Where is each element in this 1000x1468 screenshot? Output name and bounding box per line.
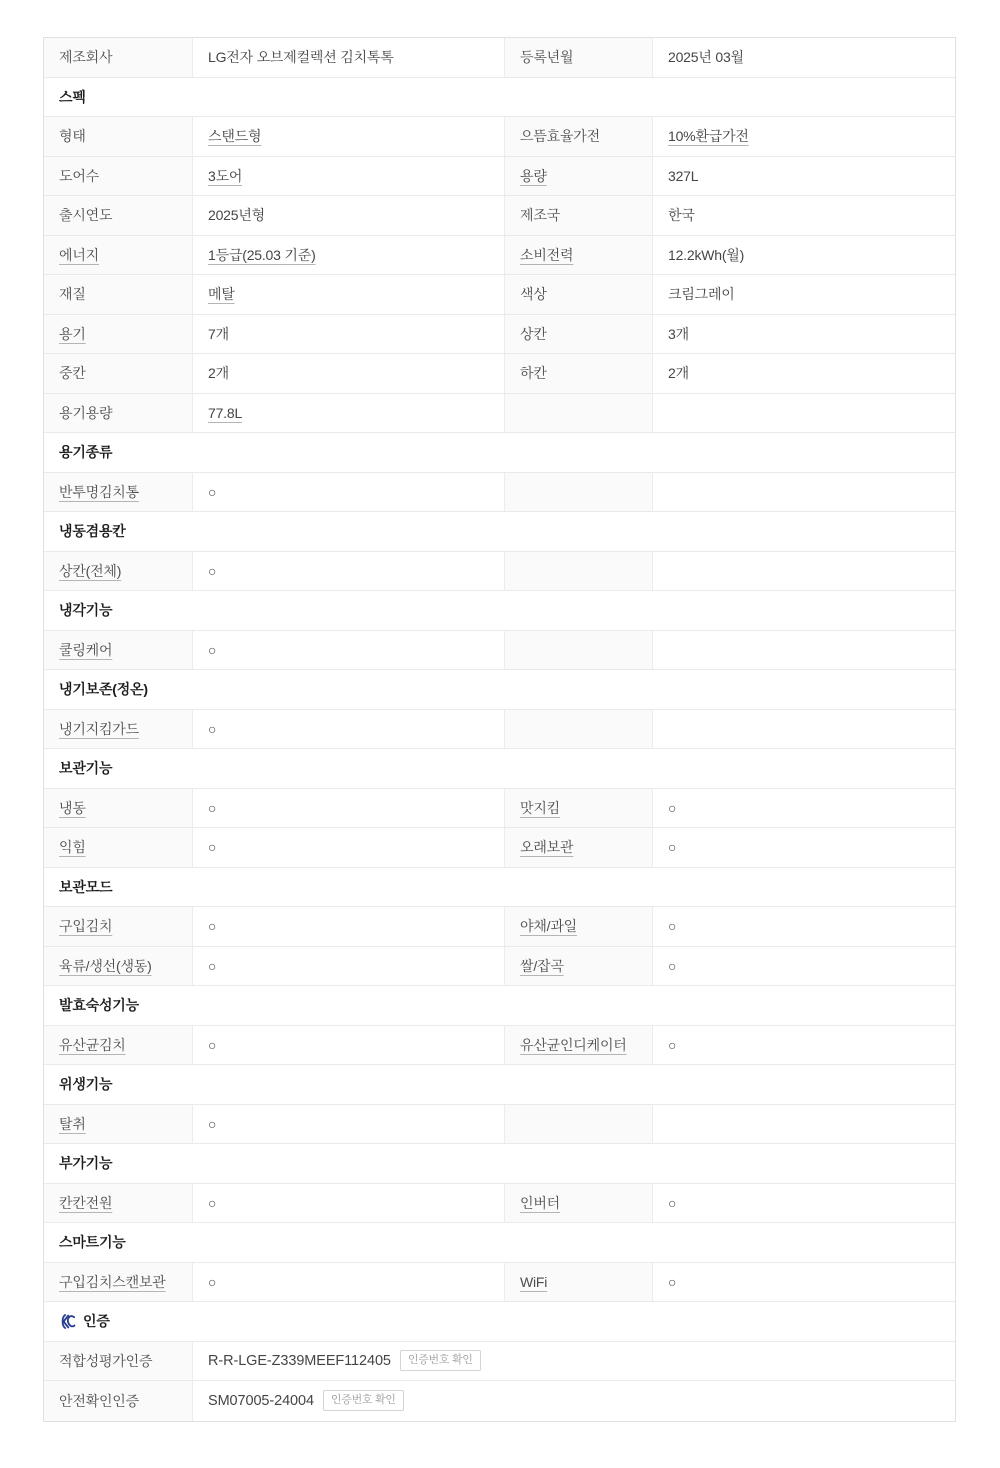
spec-label-cell: 육류/생선(생동): [44, 947, 193, 986]
spec-row: 중칸 2개 하칸 2개: [44, 354, 955, 394]
feature-supported-mark: ○: [208, 800, 216, 816]
certification-row: 안전확인인증 SM07005-24004 인증번호 확인: [44, 1381, 955, 1421]
section-header-row: 보관기능: [44, 749, 955, 789]
spec-label: 재질: [59, 284, 86, 304]
spec-label: 제조국: [520, 205, 560, 225]
spec-term-link[interactable]: 10%환급가전: [668, 126, 749, 146]
feature-supported-mark: ○: [208, 642, 216, 658]
spec-value-cell: ○: [193, 789, 505, 828]
spec-label-cell: 냉기지킴가드: [44, 710, 193, 749]
certification-value-cell: R-R-LGE-Z339MEEF112405 인증번호 확인: [193, 1342, 955, 1381]
spec-term-link[interactable]: 스탠드형: [208, 126, 261, 146]
spec-term-link[interactable]: 3도어: [208, 166, 242, 186]
spec-value-cell: ○: [193, 1184, 505, 1223]
spec-label-cell: 유산균김치: [44, 1026, 193, 1065]
spec-label-cell: 중칸: [44, 354, 193, 393]
feature-supported-mark: ○: [208, 721, 216, 737]
spec-value-cell: ○: [193, 907, 505, 946]
spec-term-link[interactable]: 야채/과일: [520, 916, 577, 936]
spec-value: 12.2kWh(월): [668, 245, 744, 265]
spec-row: 쿨링케어 ○: [44, 631, 955, 671]
spec-term-link[interactable]: 유산균인디케이터: [520, 1035, 627, 1055]
feature-supported-mark: ○: [668, 839, 676, 855]
spec-label: 등록년월: [520, 47, 573, 67]
feature-supported-mark: ○: [208, 958, 216, 974]
spec-term-link[interactable]: 메탈: [208, 284, 235, 304]
section-title: 냉기보존(정온): [59, 679, 148, 699]
spec-row: 용기 7개 상칸 3개: [44, 315, 955, 355]
spec-value-cell: ○: [653, 1263, 955, 1302]
spec-value-cell: 2025년 03월: [653, 38, 955, 77]
spec-label-cell: 용기용량: [44, 394, 193, 433]
spec-row: 반투명김치통 ○: [44, 473, 955, 513]
spec-label-cell: 쿨링케어: [44, 631, 193, 670]
spec-value-cell: 77.8L: [193, 394, 505, 433]
spec-term-link[interactable]: 냉기지킴가드: [59, 719, 139, 739]
spec-value-cell: ○: [653, 907, 955, 946]
spec-term-link[interactable]: 인버터: [520, 1193, 560, 1213]
spec-row: 육류/생선(생동) ○ 쌀/잡곡 ○: [44, 947, 955, 987]
spec-label-cell: 소비전력: [505, 236, 653, 275]
spec-term-link[interactable]: 1등급(25.03 기준): [208, 245, 316, 265]
spec-value: 3개: [668, 324, 689, 344]
certification-label: 안전확인인증: [59, 1391, 139, 1411]
section-header-row: 위생기능: [44, 1065, 955, 1105]
spec-value-cell: 10%환급가전: [653, 117, 955, 156]
spec-label-cell: 재질: [44, 275, 193, 314]
product-spec-page: 제조회사 LG전자 오브제컬렉션 김치톡톡 등록년월 2025년 03월 스펙 …: [0, 0, 1000, 1468]
spec-label-cell: 제조국: [505, 196, 653, 235]
spec-value: 크림그레이: [668, 284, 735, 304]
section-title: 보관기능: [59, 758, 112, 778]
spec-term-link[interactable]: 에너지: [59, 245, 99, 265]
spec-value: 한국: [668, 205, 695, 225]
spec-term-link[interactable]: 익힘: [59, 837, 86, 857]
spec-row: 구입김치 ○ 야채/과일 ○: [44, 907, 955, 947]
verify-certification-number-button[interactable]: 인증번호 확인: [400, 1350, 481, 1371]
spec-row: 칸칸전원 ○ 인버터 ○: [44, 1184, 955, 1224]
spec-label-cell: 용량: [505, 157, 653, 196]
spec-label-cell: 유산균인디케이터: [505, 1026, 653, 1065]
section-title: 냉동겸용칸: [59, 521, 126, 541]
verify-certification-number-button[interactable]: 인증번호 확인: [323, 1390, 404, 1411]
spec-label: 도어수: [59, 166, 99, 186]
spec-term-link[interactable]: 소비전력: [520, 245, 573, 265]
spec-row: 구입김치스캔보관 ○ WiFi ○: [44, 1263, 955, 1303]
spec-term-link[interactable]: 상칸(전체): [59, 561, 121, 581]
spec-label-cell: 냉동: [44, 789, 193, 828]
feature-supported-mark: ○: [208, 1116, 216, 1132]
spec-term-link[interactable]: 탈취: [59, 1114, 86, 1134]
spec-label-cell: 인버터: [505, 1184, 653, 1223]
spec-value-cell: ○: [653, 1026, 955, 1065]
spec-label: 형태: [59, 126, 86, 146]
spec-term-link[interactable]: 반투명김치통: [59, 482, 139, 502]
certification-label-cell: 적합성평가인증: [44, 1342, 193, 1381]
spec-term-link[interactable]: 칸칸전원: [59, 1193, 112, 1213]
spec-value-cell: 2개: [653, 354, 955, 393]
spec-row: 익힘 ○ 오래보관 ○: [44, 828, 955, 868]
spec-term-link[interactable]: 냉동: [59, 798, 86, 818]
spec-term-link[interactable]: WiFi: [520, 1274, 547, 1290]
feature-supported-mark: ○: [208, 1274, 216, 1290]
spec-label-cell: 구입김치스캔보관: [44, 1263, 193, 1302]
section-title: 위생기능: [59, 1074, 112, 1094]
spec-term-link[interactable]: 용량: [520, 166, 547, 186]
spec-value-cell: ○: [653, 789, 955, 828]
spec-value: 2개: [668, 363, 689, 383]
spec-term-link[interactable]: 쿨링케어: [59, 640, 112, 660]
feature-supported-mark: ○: [668, 918, 676, 934]
spec-label-cell: 용기: [44, 315, 193, 354]
spec-term-link[interactable]: 쌀/잡곡: [520, 956, 564, 976]
spec-value-cell: [653, 710, 955, 749]
spec-label-cell: [505, 631, 653, 670]
spec-value: LG전자 오브제컬렉션 김치톡톡: [208, 47, 394, 67]
spec-value-cell: ○: [193, 1026, 505, 1065]
spec-label-cell: 탈취: [44, 1105, 193, 1144]
spec-value-cell: 2025년형: [193, 196, 505, 235]
spec-label-cell: 제조회사: [44, 38, 193, 77]
product-spec-table: 제조회사 LG전자 오브제컬렉션 김치톡톡 등록년월 2025년 03월 스펙 …: [43, 37, 956, 1422]
spec-value-cell: 3개: [653, 315, 955, 354]
certification-label-cell: 안전확인인증: [44, 1381, 193, 1421]
section-header-row: 냉기보존(정온): [44, 670, 955, 710]
spec-label-cell: 출시연도: [44, 196, 193, 235]
spec-value: 2025년형: [208, 205, 265, 225]
spec-row: 유산균김치 ○ 유산균인디케이터 ○: [44, 1026, 955, 1066]
certification-number: R-R-LGE-Z339MEEF112405: [208, 1353, 391, 1369]
spec-label-cell: 칸칸전원: [44, 1184, 193, 1223]
spec-value-cell: 한국: [653, 196, 955, 235]
section-title: 인증: [83, 1311, 110, 1331]
section-header-row: 냉각기능: [44, 591, 955, 631]
spec-label: 중칸: [59, 363, 86, 383]
spec-value-cell: [653, 552, 955, 591]
spec-label-cell: 구입김치: [44, 907, 193, 946]
spec-term-link[interactable]: 육류/생선(생동): [59, 956, 152, 976]
spec-term-link[interactable]: 용기: [59, 324, 86, 344]
spec-label: 으뜸효율가전: [520, 126, 600, 146]
feature-supported-mark: ○: [208, 484, 216, 500]
section-header-row: 용기종류: [44, 433, 955, 473]
spec-value: 2025년 03월: [668, 47, 744, 67]
spec-value-cell: ○: [193, 710, 505, 749]
feature-supported-mark: ○: [208, 563, 216, 579]
spec-value: 7개: [208, 324, 229, 344]
section-header-row: 인증: [44, 1302, 955, 1342]
section-header-row: 스마트기능: [44, 1223, 955, 1263]
spec-label-cell: 야채/과일: [505, 907, 653, 946]
spec-row: 도어수 3도어 용량 327L: [44, 157, 955, 197]
spec-value-cell: 2개: [193, 354, 505, 393]
spec-value-cell: ○: [193, 947, 505, 986]
spec-label: 상칸: [520, 324, 547, 344]
spec-value-cell: 크림그레이: [653, 275, 955, 314]
spec-row: 제조회사 LG전자 오브제컬렉션 김치톡톡 등록년월 2025년 03월: [44, 38, 955, 78]
spec-value-cell: ○: [653, 1184, 955, 1223]
feature-supported-mark: ○: [668, 800, 676, 816]
certification-row: 적합성평가인증 R-R-LGE-Z339MEEF112405 인증번호 확인: [44, 1342, 955, 1382]
spec-row: 상칸(전체) ○: [44, 552, 955, 592]
feature-supported-mark: ○: [668, 1037, 676, 1053]
spec-label: 용기용량: [59, 403, 112, 423]
spec-term-link[interactable]: 구입김치: [59, 916, 112, 936]
kc-certification-icon: [59, 1313, 76, 1330]
spec-label: 제조회사: [59, 47, 112, 67]
section-title: 스펙: [59, 87, 86, 107]
spec-value-cell: ○: [193, 552, 505, 591]
spec-label-cell: 반투명김치통: [44, 473, 193, 512]
section-title: 용기종류: [59, 442, 112, 462]
spec-value: 2개: [208, 363, 229, 383]
spec-label-cell: 오래보관: [505, 828, 653, 867]
spec-label-cell: [505, 394, 653, 433]
spec-term-link[interactable]: 구입김치스캔보관: [59, 1272, 166, 1292]
spec-value-cell: 7개: [193, 315, 505, 354]
spec-label-cell: 상칸(전체): [44, 552, 193, 591]
spec-term-link[interactable]: 맛지킴: [520, 798, 560, 818]
spec-label: 하칸: [520, 363, 547, 383]
section-title: 스마트기능: [59, 1232, 126, 1252]
spec-label: 색상: [520, 284, 547, 304]
certification-number: SM07005-24004: [208, 1393, 314, 1409]
spec-label: 출시연도: [59, 205, 112, 225]
spec-row: 에너지 1등급(25.03 기준) 소비전력 12.2kWh(월): [44, 236, 955, 276]
spec-label-cell: [505, 1105, 653, 1144]
spec-label-cell: WiFi: [505, 1263, 653, 1302]
feature-supported-mark: ○: [208, 918, 216, 934]
spec-label-cell: [505, 552, 653, 591]
spec-value-cell: ○: [193, 1263, 505, 1302]
spec-row: 출시연도 2025년형 제조국 한국: [44, 196, 955, 236]
spec-label-cell: 으뜸효율가전: [505, 117, 653, 156]
spec-row: 용기용량 77.8L: [44, 394, 955, 434]
certification-label: 적합성평가인증: [59, 1351, 152, 1371]
spec-value-cell: 스탠드형: [193, 117, 505, 156]
spec-label-cell: 에너지: [44, 236, 193, 275]
spec-value-cell: [653, 631, 955, 670]
spec-value-cell: ○: [193, 1105, 505, 1144]
spec-value-cell: ○: [193, 828, 505, 867]
spec-label-cell: [505, 710, 653, 749]
spec-value-cell: 327L: [653, 157, 955, 196]
spec-label-cell: 등록년월: [505, 38, 653, 77]
certification-value-cell: SM07005-24004 인증번호 확인: [193, 1381, 955, 1421]
spec-row: 냉기지킴가드 ○: [44, 710, 955, 750]
spec-label-cell: 맛지킴: [505, 789, 653, 828]
spec-term-link[interactable]: 오래보관: [520, 837, 573, 857]
feature-supported-mark: ○: [208, 1037, 216, 1053]
spec-label-cell: 하칸: [505, 354, 653, 393]
feature-supported-mark: ○: [668, 958, 676, 974]
section-title: 발효숙성기능: [59, 995, 139, 1015]
feature-supported-mark: ○: [208, 1195, 216, 1211]
spec-label-cell: [505, 473, 653, 512]
feature-supported-mark: ○: [668, 1195, 676, 1211]
spec-value-cell: 1등급(25.03 기준): [193, 236, 505, 275]
spec-value-cell: 3도어: [193, 157, 505, 196]
spec-term-link[interactable]: 유산균김치: [59, 1035, 126, 1055]
spec-label-cell: 익힘: [44, 828, 193, 867]
feature-supported-mark: ○: [668, 1274, 676, 1290]
section-header-row: 냉동겸용칸: [44, 512, 955, 552]
spec-label-cell: 도어수: [44, 157, 193, 196]
spec-label-cell: 쌀/잡곡: [505, 947, 653, 986]
section-header-row: 스펙: [44, 78, 955, 118]
spec-row: 냉동 ○ 맛지킴 ○: [44, 789, 955, 829]
spec-value-cell: [653, 394, 955, 433]
spec-row: 탈취 ○: [44, 1105, 955, 1145]
section-title: 냉각기능: [59, 600, 112, 620]
section-header-row: 부가기능: [44, 1144, 955, 1184]
spec-value: 327L: [668, 168, 698, 184]
section-title: 부가기능: [59, 1153, 112, 1173]
section-header-row: 발효숙성기능: [44, 986, 955, 1026]
spec-value-cell: ○: [653, 828, 955, 867]
spec-label-cell: 색상: [505, 275, 653, 314]
spec-value-cell: ○: [653, 947, 955, 986]
spec-value-cell: ○: [193, 631, 505, 670]
feature-supported-mark: ○: [208, 839, 216, 855]
spec-value-cell: LG전자 오브제컬렉션 김치톡톡: [193, 38, 505, 77]
spec-term-link[interactable]: 77.8L: [208, 405, 242, 421]
spec-value-cell: ○: [193, 473, 505, 512]
spec-value-cell: [653, 1105, 955, 1144]
spec-row: 재질 메탈 색상 크림그레이: [44, 275, 955, 315]
spec-value-cell: 메탈: [193, 275, 505, 314]
spec-label-cell: 형태: [44, 117, 193, 156]
spec-value-cell: 12.2kWh(월): [653, 236, 955, 275]
spec-value-cell: [653, 473, 955, 512]
section-header-row: 보관모드: [44, 868, 955, 908]
spec-row: 형태 스탠드형 으뜸효율가전 10%환급가전: [44, 117, 955, 157]
spec-label-cell: 상칸: [505, 315, 653, 354]
section-title: 보관모드: [59, 877, 112, 897]
